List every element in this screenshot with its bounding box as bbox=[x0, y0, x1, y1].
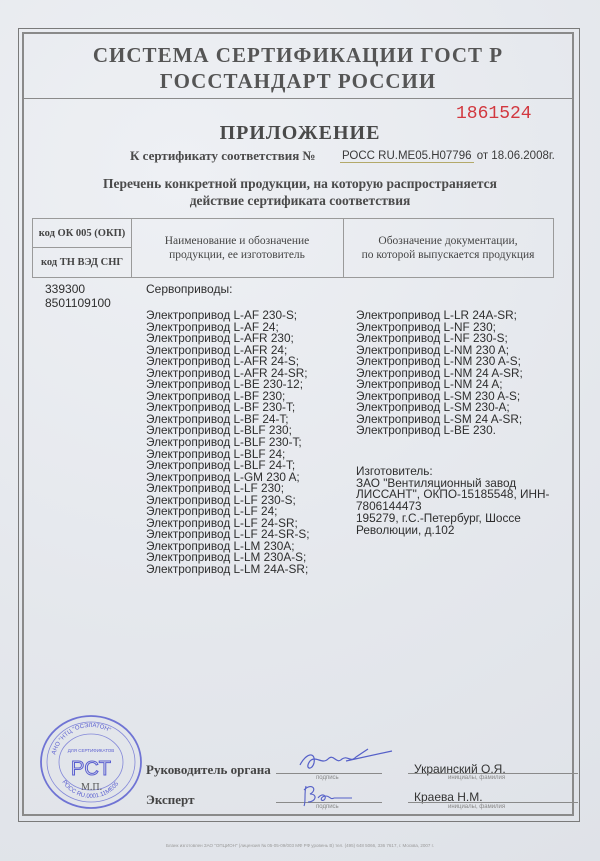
certificate-label: К сертификату соответствия № bbox=[130, 148, 316, 164]
svg-text:М.П.: М.П. bbox=[81, 782, 102, 793]
manufacturer-details: ЗАО "Вентиляционный заводЛИССАНТ", ОКПО-… bbox=[356, 478, 566, 537]
manufacturer-line: Революции, д.102 bbox=[356, 525, 566, 537]
header-product-cell: Наименование и обозначениепродукции, ее … bbox=[131, 219, 344, 277]
svg-text:PCT: PCT bbox=[71, 758, 111, 780]
head-name-line bbox=[408, 773, 578, 774]
expert-name-line bbox=[408, 802, 578, 803]
official-seal-icon: АНО "НТЦ "ОСЭЛАТОН" РОСС RU.0001.11МЕ05 … bbox=[36, 712, 146, 812]
product-item: Электропривод L-BE 230. bbox=[356, 425, 523, 437]
products-list-left: Электропривод L-AF 230-S;Электропривод L… bbox=[146, 310, 310, 576]
codes-header-cell: код ОК 005 (ОКП) код ТН ВЭД СНГ bbox=[33, 219, 132, 277]
okp-code: 339300 bbox=[45, 282, 111, 296]
header-docs-cell: Обозначение документации,по которой выпу… bbox=[343, 219, 553, 277]
page-title: ПРИЛОЖЕНИЕ bbox=[0, 122, 600, 145]
product-item: Электропривод L-LM 24A-SR; bbox=[146, 564, 310, 576]
table-header: код ОК 005 (ОКП) код ТН ВЭД СНГ Наименов… bbox=[32, 218, 554, 278]
manufacturer-block: Изготовитель: ЗАО "Вентиляционный заводЛ… bbox=[356, 466, 566, 536]
head-signature-icon bbox=[296, 745, 396, 777]
serial-number: 1861524 bbox=[456, 104, 532, 124]
header-line-2: ГОССТАНДАРТ РОССИИ bbox=[22, 68, 574, 94]
certificate-date: от 18.06.2008г. bbox=[477, 150, 555, 162]
header-product-line-2: продукции, ее изготовитель bbox=[169, 249, 305, 261]
expert-signature-caption: подпись bbox=[316, 804, 339, 810]
intro-line-2: действие сертификата соответствия bbox=[0, 192, 600, 209]
certificate-number: РОСС RU.ME05.H07796 bbox=[340, 150, 474, 163]
header-line-1: СИСТЕМА СЕРТИФИКАЦИИ ГОСТ Р bbox=[22, 42, 574, 68]
intro-text: Перечень конкретной продукции, на котору… bbox=[0, 175, 600, 209]
tnved-code: 8501109100 bbox=[45, 296, 111, 310]
header-product-line-1: Наименование и обозначение bbox=[165, 235, 310, 247]
header-docs-line-2: по которой выпускается продукция bbox=[362, 249, 535, 261]
expert-label: Эксперт bbox=[146, 792, 194, 808]
header-okp-code: код ОК 005 (ОКП) bbox=[33, 219, 131, 248]
head-of-body-label: Руководитель органа bbox=[146, 762, 271, 778]
certificate-reference: РОСС RU.ME05.H07796 от 18.06.2008г. bbox=[340, 150, 555, 162]
print-footer: Бланк изготовлен ЗАО "ОПЦИОН" (лицензия … bbox=[0, 843, 600, 848]
head-name-caption: инициалы, фамилия bbox=[448, 775, 505, 781]
products-list-right: Электропривод L-LR 24A-SR;Электропривод … bbox=[356, 310, 523, 437]
certificate-header: СИСТЕМА СЕРТИФИКАЦИИ ГОСТ Р ГОССТАНДАРТ … bbox=[22, 32, 574, 99]
header-tnved-code: код ТН ВЭД СНГ bbox=[33, 248, 131, 277]
product-group-label: Сервоприводы: bbox=[146, 282, 232, 296]
expert-name-caption: инициалы, фамилия bbox=[448, 804, 505, 810]
intro-line-1: Перечень конкретной продукции, на котору… bbox=[0, 175, 600, 192]
product-codes: 339300 8501109100 bbox=[45, 282, 111, 310]
svg-text:ДЛЯ СЕРТИФИКАТОВ: ДЛЯ СЕРТИФИКАТОВ bbox=[68, 748, 115, 753]
header-docs-line-1: Обозначение документации, bbox=[378, 235, 517, 247]
